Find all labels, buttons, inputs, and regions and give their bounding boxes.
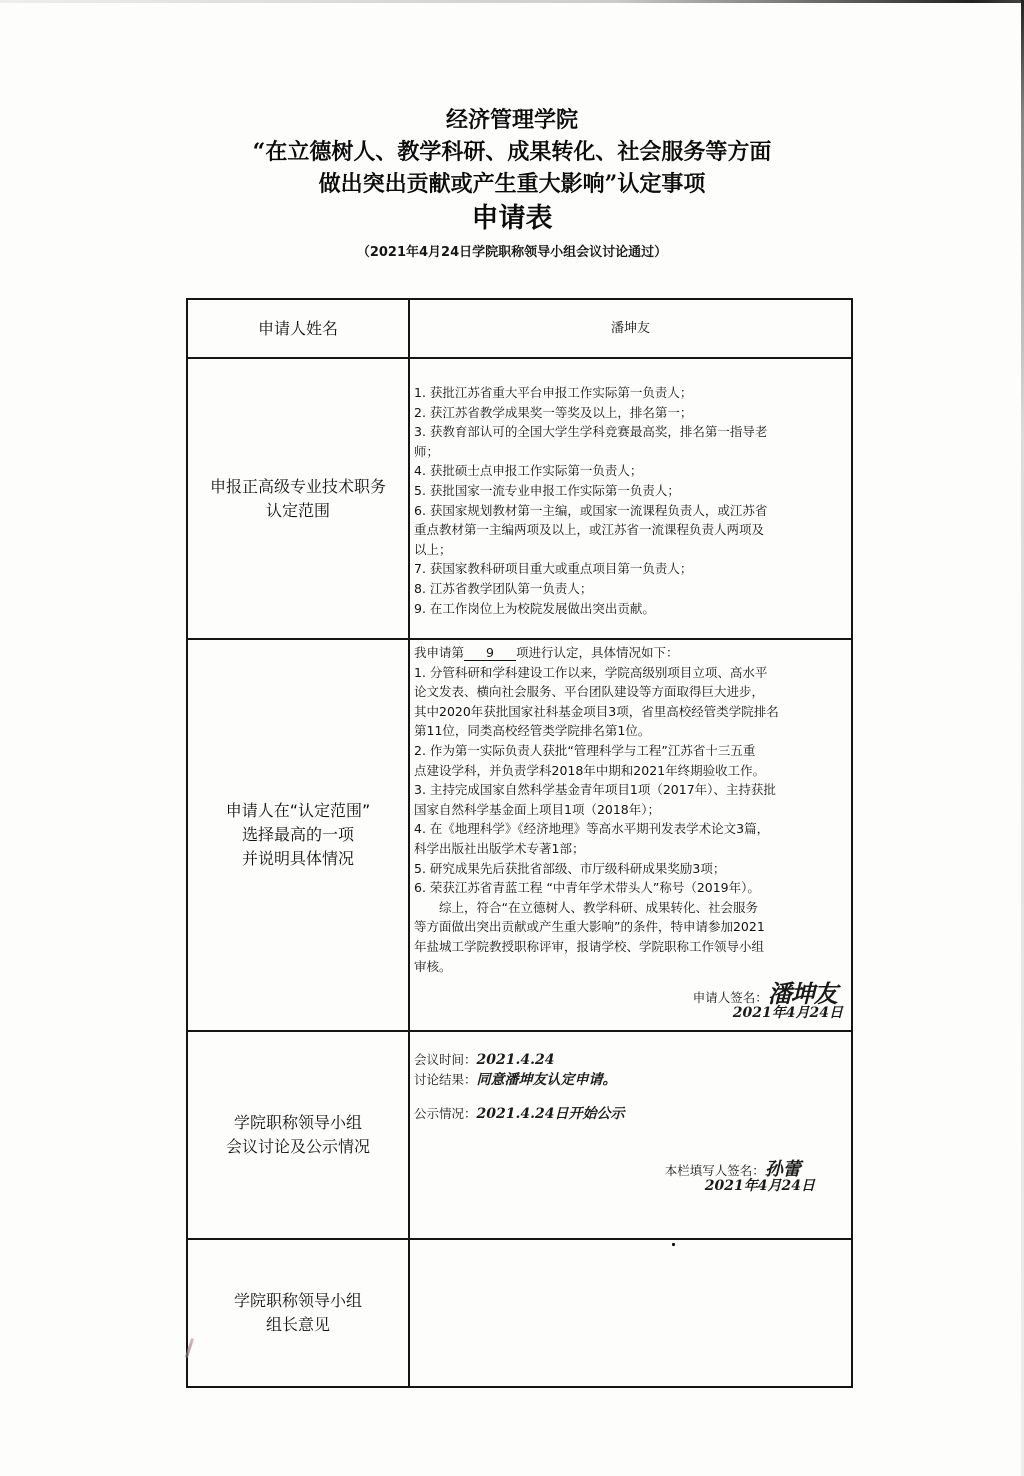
detail-line: 2. 作为第一实际负责人获批“管理科学与工程”江苏省十三五重: [414, 741, 847, 761]
label-line: 会议讨论及公示情况: [226, 1135, 370, 1159]
row-leader-opinion: 学院职称领导小组 组长意见: [188, 1238, 851, 1386]
detail-line: 其中2020年获批国家社科基金项目3项，省里高校经管类学院排名: [414, 702, 847, 722]
intro-prefix: 我申请第: [414, 645, 464, 660]
scope-item: 6. 获国家规划教材第一主编，或国家一流课程负责人，或江苏省: [414, 501, 847, 521]
detail-line: 1. 分管科研和学科建设工作以来，学院高级别项目立项、高水平: [414, 663, 847, 683]
form-name: 申请表: [0, 200, 1024, 238]
scope-item: 4. 获批硕士点申报工作实际第一负责人；: [414, 461, 847, 481]
scope-item: 重点教材第一主编两项及以上，或江苏省一流课程负责人两项及: [414, 520, 847, 540]
leader-opinion-value: [410, 1240, 851, 1386]
signature-label: 申请人签名：: [693, 990, 768, 1005]
label-line: 申报正高级专业技术职务: [210, 475, 386, 499]
writer-signature-label: 本栏填写人签名：: [665, 1163, 765, 1178]
scope-item: 师；: [414, 442, 847, 462]
meeting-result: 讨论结果：同意潘坤友认定申请。: [414, 1070, 847, 1090]
selected-item-field: 9: [464, 645, 516, 661]
row-meeting: 学院职称领导小组 会议讨论及公示情况 会议时间：2021.4.24 讨论结果：同…: [188, 1030, 851, 1238]
scope-item: 以上；: [414, 540, 847, 560]
row-scope: 申报正高级专业技术职务 认定范围 1. 获批江苏省重大平台申报工作实际第一负责人…: [188, 357, 851, 638]
scope-item: 7. 获国家教科研项目重大或重点项目第一负责人；: [414, 559, 847, 579]
scope-item: 5. 获批国家一流专业申报工作实际第一负责人；: [414, 481, 847, 501]
publicity-value: 2021.4.24日开始公示: [477, 1106, 625, 1122]
meeting-content: 会议时间：2021.4.24 讨论结果：同意潘坤友认定申请。 公示情况：2021…: [410, 1032, 851, 1238]
detail-line: 3. 主持完成国家自然科学基金青年项目1项（2017年）、主持获批: [414, 780, 847, 800]
institution-name: 经济管理学院: [0, 104, 1024, 136]
label-line: 学院职称领导小组: [234, 1289, 362, 1313]
label-line: 组长意见: [266, 1313, 330, 1337]
detail-label: 申请人在“认定范围” 选择最高的一项 并说明具体情况: [188, 640, 410, 1030]
publicity-label: 公示情况：: [414, 1106, 477, 1121]
applicant-signature-block: 申请人签名：潘坤友 2021年4月24日: [693, 984, 843, 1023]
summary-line: 年盐城工学院教授职称评审，报请学校、学院职称工作领导小组: [414, 937, 847, 957]
scope-item: 8. 江苏省教学团队第一负责人；: [414, 579, 847, 599]
title-line-2: 做出突出贡献或产生重大影响”认定事项: [0, 168, 1024, 200]
summary-line: 等方面做出突出贡献或产生重大影响”的条件，特申请参加2021: [414, 917, 847, 937]
detail-intro: 我申请第9项进行认定，具体情况如下：: [414, 643, 847, 663]
meeting-time: 会议时间：2021.4.24: [414, 1050, 847, 1070]
scope-list: 1. 获批江苏省重大平台申报工作实际第一负责人； 2. 获江苏省教学成果奖一等奖…: [410, 359, 851, 638]
meeting-label: 学院职称领导小组 会议讨论及公示情况: [188, 1032, 410, 1238]
applicant-signature-date: 2021年4月24日: [693, 1004, 843, 1024]
scope-item: 3. 获教育部认可的全国大学生学科竞赛最高奖，排名第一指导老: [414, 422, 847, 442]
detail-line: 国家自然科学基金面上项目1项（2018年）；: [414, 800, 847, 820]
writer-signature-block: 本栏填写人签名：孙蕾 2021年4月24日: [665, 1160, 815, 1196]
detail-line: 第11位，同类高校经管类学院排名第1位。: [414, 721, 847, 741]
detail-content: 我申请第9项进行认定，具体情况如下： 1. 分管科研和学科建设工作以来，学院高级…: [410, 640, 851, 1030]
publicity-status: 公示情况：2021.4.24日开始公示: [414, 1104, 847, 1124]
application-form-table: 申请人姓名 潘坤友 申报正高级专业技术职务 认定范围 1. 获批江苏省重大平台申…: [186, 298, 853, 1388]
row-applicant-name: 申请人姓名 潘坤友: [188, 300, 851, 357]
intro-suffix: 项进行认定，具体情况如下：: [516, 645, 679, 660]
label-line: 学院职称领导小组: [234, 1111, 362, 1135]
summary-line: 综上，符合“在立德树人、教学科研、成果转化、社会服务: [414, 898, 847, 918]
scope-item: 1. 获批江苏省重大平台申报工作实际第一负责人；: [414, 383, 847, 403]
spacer: [414, 1090, 847, 1104]
writer-signature-date: 2021年4月24日: [665, 1177, 815, 1197]
detail-line: 点建设学科，并负责学科2018年中期和2021年终期验收工作。: [414, 761, 847, 781]
row-detail: 申请人在“认定范围” 选择最高的一项 并说明具体情况 我申请第9项进行认定，具体…: [188, 638, 851, 1030]
label-line: 申请人在“认定范围”: [226, 799, 371, 823]
meeting-result-value: 同意潘坤友认定申请。: [477, 1072, 617, 1088]
scan-speck: [672, 1243, 675, 1246]
detail-line: 5. 研究成果先后获批省部级、市厅级科研成果奖励3项；: [414, 859, 847, 879]
label-text: 申请人姓名: [258, 317, 338, 341]
label-line: 认定范围: [266, 499, 330, 523]
scope-item: 2. 获江苏省教学成果奖一等奖及以上，排名第一；: [414, 403, 847, 423]
applicant-name-value: 潘坤友: [410, 300, 851, 357]
scan-edge: [0, 0, 1024, 3]
meeting-result-label: 讨论结果：: [414, 1072, 477, 1087]
detail-line: 4. 在《地理科学》《经济地理》等高水平期刊发表学术论文3篇，: [414, 819, 847, 839]
detail-line: 科学出版社出版学术专著1部；: [414, 839, 847, 859]
summary-line: 审核。: [414, 957, 847, 977]
meeting-time-label: 会议时间：: [414, 1052, 477, 1067]
detail-line: 6. 荣获江苏省青蓝工程 “中青年学术带头人”称号（2019年）。: [414, 878, 847, 898]
leader-opinion-label: 学院职称领导小组 组长意见: [188, 1240, 410, 1386]
label-line: 选择最高的一项: [242, 823, 354, 847]
label-line: 并说明具体情况: [242, 847, 354, 871]
applicant-name-label: 申请人姓名: [188, 300, 410, 357]
subtitle: （2021年4月24日学院职称领导小组会议讨论通过）: [0, 240, 1024, 266]
value-text: 潘坤友: [611, 319, 650, 339]
detail-line: 论文发表、横向社会服务、平台团队建设等方面取得巨大进步，: [414, 682, 847, 702]
meeting-time-value: 2021.4.24: [477, 1052, 555, 1068]
title-line-1: “在立德树人、教学科研、成果转化、社会服务等方面: [0, 136, 1024, 168]
document-header: 经济管理学院 “在立德树人、教学科研、成果转化、社会服务等方面 做出突出贡献或产…: [0, 104, 1024, 266]
scope-item: 9. 在工作岗位上为校院发展做出突出贡献。: [414, 599, 847, 619]
scope-label: 申报正高级专业技术职务 认定范围: [188, 359, 410, 638]
